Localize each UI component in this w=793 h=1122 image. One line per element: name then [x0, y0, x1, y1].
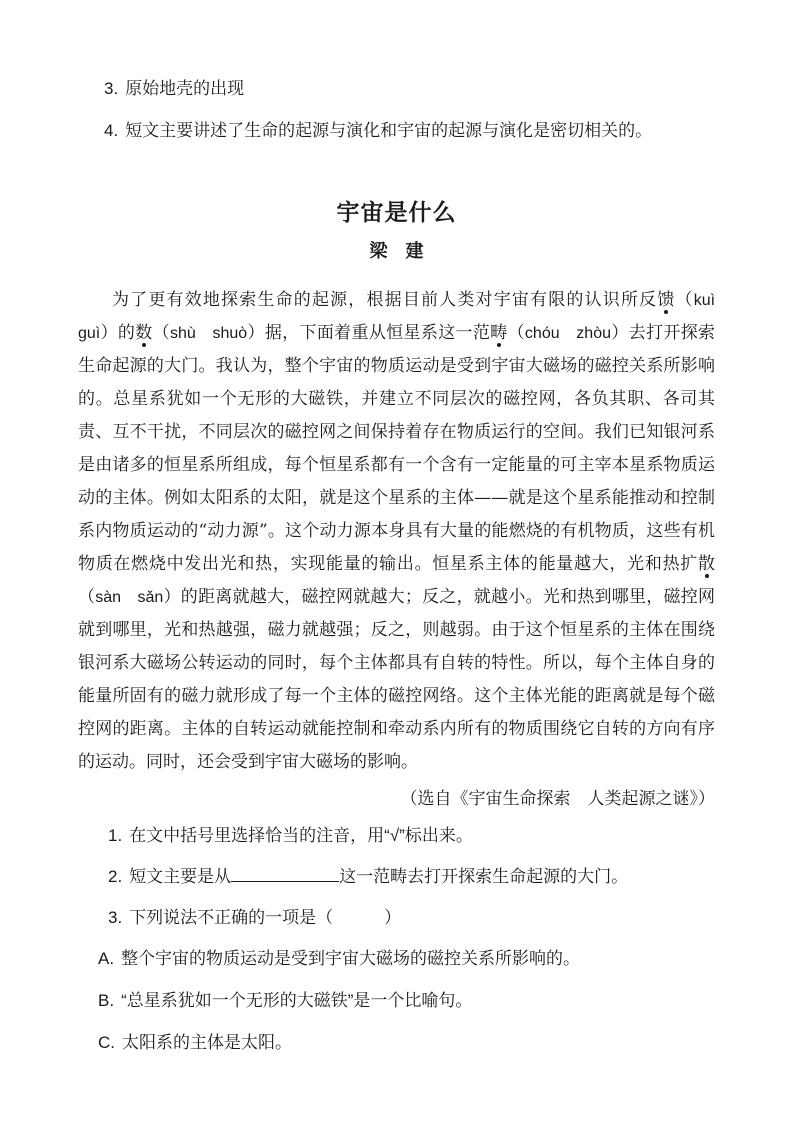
- question-text-suffix: 这一范畴去打开探索生命起源的大门。: [339, 867, 628, 886]
- item-number: 4.: [104, 120, 118, 142]
- question-text: 下列说法不正确的一项是（ ）: [129, 908, 401, 927]
- option-label: C.: [98, 1032, 115, 1054]
- option-label: B.: [98, 990, 114, 1012]
- question-text-prefix: 短文主要是从: [129, 867, 231, 886]
- article-author: 梁 建: [78, 240, 715, 262]
- pinyin-choice: sàn sǎn: [95, 589, 163, 606]
- option-label: A.: [98, 948, 114, 970]
- question-text: 在文中括号里选择恰当的注音，用“√”标出来。: [129, 826, 473, 845]
- question-number: 2.: [108, 866, 122, 888]
- paragraph-text: （: [676, 290, 694, 310]
- question-2: 2.短文主要是从这一范畴去打开探索生命起源的大门。: [78, 866, 715, 888]
- paragraph-text: （: [508, 323, 525, 343]
- question-number: 3.: [108, 907, 122, 929]
- item-text: 原始地壳的出现: [125, 79, 244, 98]
- paragraph-text: ）据，下面着重从恒星系这一范: [247, 323, 490, 343]
- prior-answer-items: 3.原始地壳的出现 4.短文主要讲述了生命的起源与演化和宇宙的起源与演化是密切相…: [78, 78, 715, 142]
- list-item: 4.短文主要讲述了生命的起源与演化和宇宙的起源与演化是密切相关的。: [78, 120, 715, 142]
- question-3: 3.下列说法不正确的一项是（ ）: [78, 907, 715, 929]
- worksheet-page: 3.原始地壳的出现 4.短文主要讲述了生命的起源与演化和宇宙的起源与演化是密切相…: [0, 0, 793, 1122]
- emphasized-char: 数: [135, 323, 152, 343]
- option-text: “总星系犹如一个无形的大磁铁”是一个比喻句。: [121, 991, 472, 1010]
- item-number: 3.: [104, 78, 118, 100]
- article-paragraph: 为了更有效地探索生命的起源，根据目前人类对宇宙有限的认识所反馈（kuì guì）…: [78, 284, 715, 779]
- option-c: C.太阳系的主体是太阳。: [78, 1032, 715, 1054]
- paragraph-text: ）的距离就越大，磁控网就越大；反之，就越小。光和热到哪里，磁控网就到哪里，光和热…: [78, 587, 715, 772]
- fill-in-blank: [231, 866, 339, 882]
- questions-section: 1.在文中括号里选择恰当的注音，用“√”标出来。 2.短文主要是从这一范畴去打开…: [78, 825, 715, 1054]
- paragraph-text: ）的: [100, 323, 135, 343]
- option-a: A.整个宇宙的物质运动是受到宇宙大磁场的磁控关系所影响的。: [78, 948, 715, 970]
- paragraph-text: ）去打开探索生命起源的大门。我认为，整个宇宙的物质运动是受到宇宙大磁场的磁控关系…: [78, 323, 715, 574]
- question-1: 1.在文中括号里选择恰当的注音，用“√”标出来。: [78, 825, 715, 847]
- option-text: 整个宇宙的物质运动是受到宇宙大磁场的磁控关系所影响的。: [121, 949, 580, 968]
- list-item: 3.原始地壳的出现: [78, 78, 715, 100]
- article-attribution: （选自《宇宙生命探索 人类起源之谜》）: [78, 787, 715, 811]
- option-b: B.“总星系犹如一个无形的大磁铁”是一个比喻句。: [78, 990, 715, 1012]
- emphasized-char: 畴: [490, 323, 507, 343]
- pinyin-choice: chóu zhòu: [525, 325, 611, 342]
- question-number: 1.: [108, 825, 122, 847]
- option-text: 太阳系的主体是太阳。: [122, 1033, 292, 1052]
- item-text: 短文主要讲述了生命的起源与演化和宇宙的起源与演化是密切相关的。: [125, 121, 652, 140]
- emphasized-char: 馈: [657, 290, 675, 310]
- emphasized-char: 散: [698, 554, 715, 574]
- pinyin-choice: shù shuò: [170, 325, 247, 342]
- paragraph-text: （: [153, 323, 170, 343]
- paragraph-text: 为了更有效地探索生命的起源，根据目前人类对宇宙有限的认识所反: [112, 290, 657, 310]
- article-title: 宇宙是什么: [78, 198, 715, 226]
- paragraph-text: （: [78, 587, 95, 607]
